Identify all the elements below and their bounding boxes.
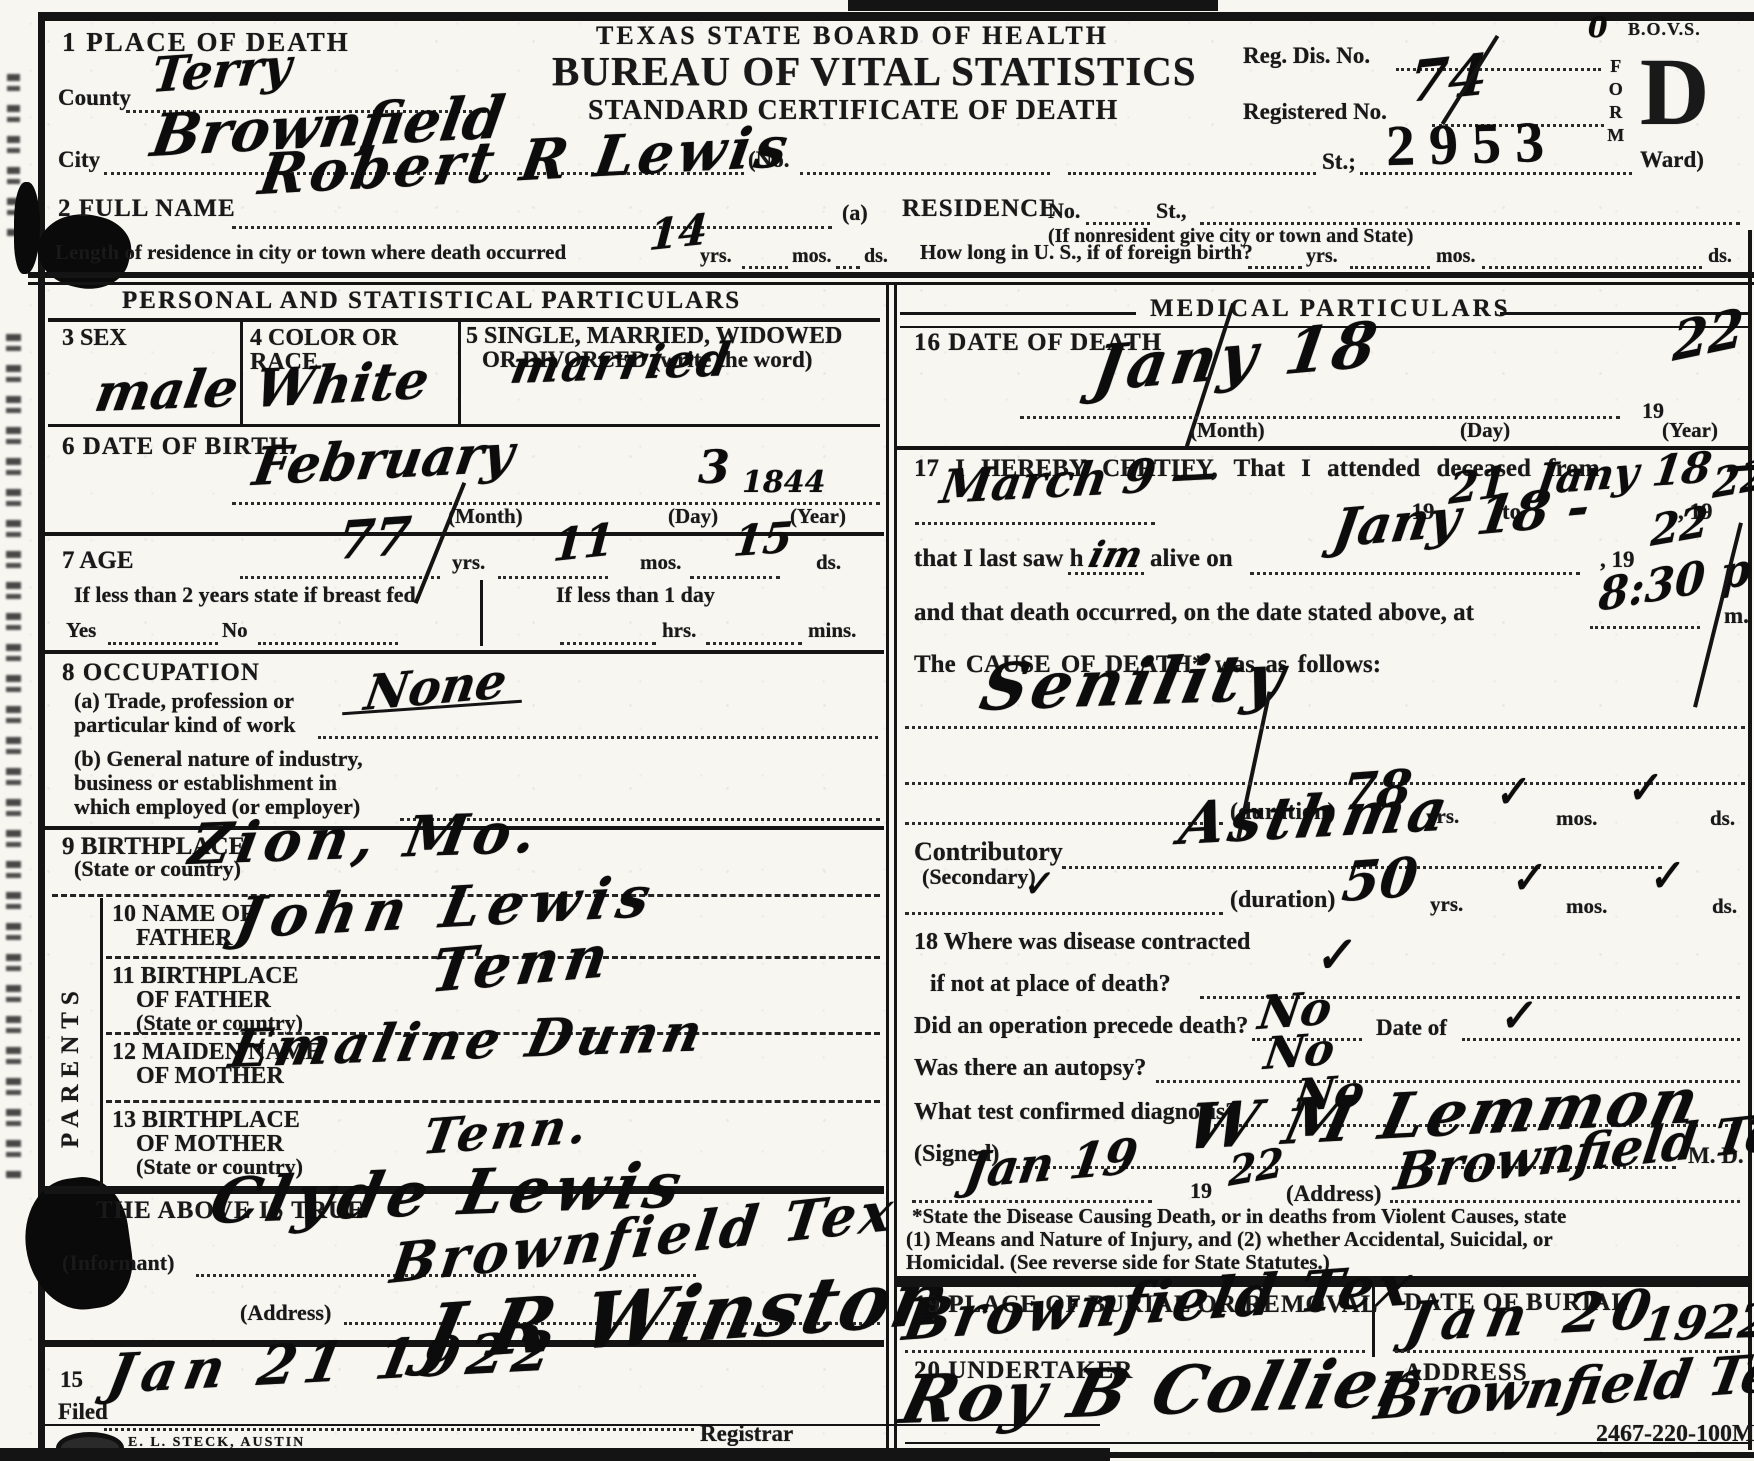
footnote-line1: *State the Disease Causing Death, or in …: [912, 1206, 1566, 1228]
us-dots2: [1350, 266, 1430, 269]
death-m-label: m.: [1724, 604, 1749, 628]
right-title-rule-left: [900, 312, 1136, 315]
duration2-ds: ds.: [1712, 896, 1737, 918]
left-title-rule: [48, 318, 880, 322]
occ-b-line1: (b) General nature of industry,: [74, 748, 363, 771]
residence-no-label: No.: [1048, 200, 1080, 223]
burial-year-value: 1922: [1640, 1301, 1754, 1345]
top-border: [40, 12, 1754, 21]
age-rule: [44, 650, 884, 654]
age-yrs-label: yrs.: [452, 552, 485, 574]
mins-label: mins.: [808, 620, 856, 642]
last-saw-post: alive on: [1150, 546, 1233, 572]
dob-line: [232, 502, 880, 505]
age-dots2: [498, 576, 608, 579]
sign-date-dots2: [1390, 1200, 1740, 1203]
contributory-value: Asthma: [1176, 785, 1455, 849]
duration1-ds: ds.: [1710, 808, 1735, 830]
residence-length-ds: ds.: [864, 246, 888, 267]
informant-label: (Informant): [62, 1252, 174, 1275]
city-no-line2: [1068, 172, 1316, 175]
residence-length-yrs: yrs.: [700, 246, 732, 267]
attended-from-value: March 9 —: [938, 453, 1220, 507]
death-occurred-dots: [1590, 626, 1700, 629]
race-cell-divider: [458, 322, 461, 426]
dod-line: [1020, 416, 1620, 419]
duration2-dots: [905, 912, 1223, 915]
dod-year-cap: (Year): [1662, 420, 1718, 442]
header-rule-1: [28, 272, 1754, 278]
father-bp-label-1: 11 BIRTHPLACE: [112, 964, 299, 989]
form-letter-d: D: [1640, 42, 1709, 142]
contributory-duration-yrs: 50: [1340, 854, 1420, 906]
breastfed-label: If less than 2 years state if breast fed: [74, 584, 416, 607]
age-mos-value: 11: [552, 521, 616, 565]
sex-value: male: [92, 367, 241, 416]
death-certificate-scan: 1 PLACE OF DEATH County Terry TEXAS STAT…: [0, 0, 1754, 1461]
age-mos-label: mos.: [640, 552, 681, 574]
father-name-label-1: 10 NAME OF: [112, 902, 255, 927]
hrs-dots2: [706, 642, 802, 645]
parents-vertical-label: PARENTS: [58, 984, 84, 1148]
dod-value: Jany 18: [1090, 318, 1384, 397]
age-ds-value: 15: [732, 520, 794, 560]
item15-label: 15: [60, 1368, 83, 1392]
how-long-us-label: How long in U. S., if of foreign birth?: [920, 242, 1253, 264]
dod-year-value: 22: [1672, 306, 1744, 367]
yes-label: Yes: [66, 620, 96, 642]
rl-dots1: [742, 266, 788, 269]
form-vertical-label: FORM: [1606, 56, 1625, 186]
stamp-number: 2953: [1385, 112, 1559, 177]
occ-a-line1: (a) Trade, profession or: [74, 690, 294, 713]
burial-date-value: Jan 20: [1402, 1286, 1664, 1346]
last-saw-him: im: [1086, 540, 1145, 571]
sex-label: 3 SEX: [62, 326, 127, 351]
last-saw-pre: that I last saw h: [914, 546, 1083, 572]
residence-length-mos: mos.: [792, 246, 831, 267]
registered-label: Registered No.: [1243, 100, 1387, 124]
parents-box-divider: [100, 898, 103, 1186]
informant-address-label: (Address): [240, 1302, 331, 1325]
age-dots3: [690, 576, 780, 579]
left-section-title: PERSONAL AND STATISTICAL PARTICULARS: [122, 288, 741, 314]
county-label: County: [58, 86, 131, 110]
occ-b-line2: business or establishment in: [74, 772, 337, 795]
color-label-1: 4 COLOR OR: [250, 326, 398, 351]
residence-length-label: Length of residence in city or town wher…: [55, 242, 566, 264]
bovs-label: B.O.V.S.: [1628, 20, 1701, 39]
operation-question: Did an operation precede death?: [914, 1014, 1248, 1039]
county-value: Terry: [150, 46, 293, 97]
occupation-label: 8 OCCUPATION: [62, 660, 260, 686]
footnote-line2: (1) Means and Nature of Injury, and (2) …: [906, 1229, 1553, 1251]
last-saw-dots2: [1250, 572, 1580, 575]
duration1-dots: [905, 822, 1223, 825]
age-dots1: [240, 576, 440, 579]
sign-date-dots1: [912, 1200, 1152, 1203]
filed-line: [104, 1428, 694, 1431]
us-ds: ds.: [1708, 246, 1732, 267]
dob-month-cap: (Month): [448, 506, 523, 528]
hrs-label: hrs.: [662, 620, 696, 642]
duration1-mos: mos.: [1556, 808, 1597, 830]
last-saw-year: 22: [1650, 503, 1709, 550]
sign-year-print: 19: [1190, 1180, 1212, 1203]
age-label: 7 AGE: [62, 548, 134, 574]
dob-year-value: 1844: [742, 470, 826, 496]
color-value: White: [252, 359, 432, 413]
yesno-dots1: [108, 642, 218, 645]
sign-date-value: Jan 19: [962, 1136, 1140, 1193]
burial-place-value: Brownfield Tex: [900, 1262, 1418, 1346]
lessday-label: If less than 1 day: [556, 584, 715, 607]
dob-month-value: February: [250, 432, 517, 490]
mother-name-line: [106, 1100, 880, 1103]
top-edge-mark: [848, 0, 1218, 11]
residence-label: RESIDENCE.: [902, 196, 1064, 222]
city-st-label: St.;: [1322, 150, 1356, 174]
full-name-label: 2 FULL NAME: [58, 196, 236, 222]
father-name-label-2: FATHER: [136, 926, 232, 951]
bottom-border-left: [0, 1448, 1110, 1461]
cause-duration-mos-check: ✓: [1491, 774, 1529, 812]
q18-line2: if not at place of death?: [930, 972, 1171, 997]
q18-line1: 18 Where was disease contracted: [914, 930, 1250, 955]
reg-dis-value: 0: [1588, 16, 1607, 40]
attended-to-year: 22: [1712, 458, 1754, 502]
cause-duration-ds-check: ✓: [1623, 770, 1661, 808]
certify-dots1: [915, 522, 1155, 525]
age-yrs-value: 77: [336, 515, 413, 565]
ink-blob-margin: [14, 182, 40, 274]
secondary-label: (Secondary): [922, 866, 1036, 889]
dob-year-cap: (Year): [790, 506, 846, 528]
contributory-ds-check: ✓: [1645, 858, 1683, 896]
father-bp-value: Tenn: [428, 931, 617, 997]
sign-address-label: (Address): [1286, 1182, 1381, 1206]
sex-cell-divider: [240, 322, 243, 426]
autopsy-question: Was there an autopsy?: [914, 1056, 1146, 1081]
autopsy-answer: No: [1262, 1031, 1337, 1074]
us-dots3: [1482, 266, 1702, 269]
breastfed-divider: [480, 580, 483, 646]
death-occurred-line: and that death occurred, on the date sta…: [914, 600, 1474, 626]
occ-a-line2: particular kind of work: [74, 714, 295, 737]
title-line2: BUREAU OF VITAL STATISTICS: [552, 50, 1197, 93]
right-border: [1748, 230, 1752, 1450]
yesno-dots2: [258, 642, 398, 645]
last-saw-date: Jany 18 -: [1330, 485, 1593, 552]
bottom-border-right: [1100, 1452, 1754, 1458]
secondary-check: ✓: [1021, 869, 1052, 901]
undertaker-value: Roy B Collier: [896, 1354, 1423, 1429]
contributory-mos-check: ✓: [1507, 860, 1545, 898]
reg-dis-label: Reg. Dis. No.: [1243, 44, 1370, 68]
full-name-line: [232, 226, 832, 229]
no-label: No: [222, 620, 248, 642]
age-slash-stroke: [414, 482, 466, 604]
residence-a-label: (a): [842, 202, 868, 225]
plate-number: 2467-220-100M: [1596, 1422, 1754, 1447]
city-label: City: [58, 148, 100, 172]
dob-day-cap: (Day): [668, 506, 718, 528]
marital-value: married: [508, 340, 735, 387]
residence-st-label: St.,: [1156, 200, 1187, 223]
header-rule-2: [28, 282, 1754, 285]
duration2-mos: mos.: [1566, 896, 1607, 918]
cause-dots1: [905, 726, 1745, 729]
title-line1: TEXAS STATE BOARD OF HEALTH: [596, 22, 1109, 49]
dob-day-value: 3: [698, 448, 730, 487]
contributory-label: Contributory: [914, 838, 1063, 865]
birthplace-value: Zion, Mo.: [186, 809, 545, 869]
sign-year-value: 22: [1228, 1146, 1284, 1190]
date-of-label: Date of: [1376, 1016, 1447, 1040]
q18-check: ✓: [1312, 934, 1354, 977]
us-mos: mos.: [1436, 246, 1475, 267]
city-ward-label: Ward): [1640, 148, 1704, 172]
duration2-yrs: yrs.: [1430, 894, 1463, 916]
last-saw-dots1: [1068, 572, 1144, 575]
duration2-label: (duration): [1230, 888, 1335, 913]
us-yrs: yrs.: [1306, 246, 1338, 267]
dod-year-print: 19: [1642, 400, 1664, 423]
hrs-dots1: [560, 642, 656, 645]
registered-value: 74: [1408, 51, 1489, 107]
rl-dots2: [836, 266, 860, 269]
mother-bp-label-1: 13 BIRTHPLACE: [112, 1108, 300, 1133]
occ-a-dots: [318, 736, 878, 739]
mother-name-value: Emaline Dunn: [226, 1011, 711, 1072]
dod-month-cap: (Month): [1190, 420, 1265, 442]
us-dots1: [1248, 266, 1302, 269]
dod-day-cap: (Day): [1460, 420, 1510, 442]
operation-date-check: ✓: [1496, 997, 1535, 1036]
city-no-line: [800, 172, 1050, 175]
margin-vertical-text: [6, 320, 21, 1180]
mother-bp-value: Tenn.: [420, 1106, 594, 1159]
age-ds-label: ds.: [816, 552, 841, 574]
filed-label: Filed: [58, 1400, 108, 1424]
cause-value: Senility: [976, 651, 1293, 716]
